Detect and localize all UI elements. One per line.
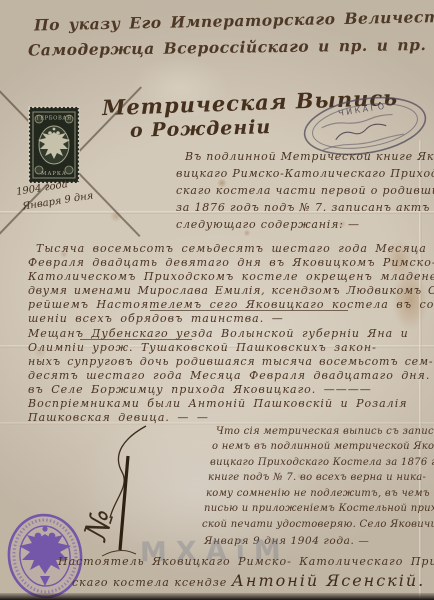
document-photo: По указу Его Императорскаго Величества С…: [0, 0, 434, 600]
photo-bottom-edge: [0, 593, 434, 600]
act-line: Февраля двадцать девятаго дня въ Яковицк…: [28, 256, 434, 269]
certification-line: кому сомненію не подлежитъ, въ чемъ под-: [206, 488, 434, 499]
ink-underline: [150, 310, 348, 311]
parents-line: въ Селе Боржимцу прихода Яковицкаго. ———…: [28, 383, 372, 396]
intro-line: за 1876 годъ подъ № 7. записанъ актъ: [176, 201, 430, 214]
intro-line: вицкаго Римско-Католическаго Приход-: [176, 167, 434, 180]
act-line: двумя именами Мирослава Емилія, ксендзом…: [28, 284, 434, 297]
act-line: Католическомъ Приходскомъ костеле окреще…: [28, 270, 434, 283]
signature-name: Антоній Ясенскій.: [232, 571, 425, 590]
act-line: шеніи всехъ обрядовъ таинства. —: [28, 312, 284, 325]
certification-line: вицкаго Приходскаго Костела за 1876 годъ: [210, 457, 434, 468]
signature-line-2: скаго костела ксендзе Антоній Ясенскій.: [72, 571, 425, 590]
intro-line: следующаго содержанія: —: [176, 218, 360, 231]
intro-line: Въ подлинной Метрической книге Яко-: [185, 150, 434, 163]
certification-line: писью и приложеніемъ Костельной приход-: [204, 503, 434, 514]
signature-line-1: Настоятель Яковицкаго Римско- Католическ…: [58, 555, 434, 568]
act-line: Тысяча восемьсотъ семьдесятъ шестаго год…: [36, 242, 427, 255]
stamp-handwriting-scribble: [334, 123, 387, 140]
intro-line: скаго костела части первой о родившихся: [176, 184, 434, 197]
signature-title: скаго костела ксендзе: [72, 576, 227, 589]
godparents-line: Воспріемниками были Антоній Пашковскій и…: [28, 397, 408, 410]
stamp-top-label: ГЕРБОВАЯ: [36, 116, 72, 122]
certification-line: Что сія метрическая выпись съ записанною: [216, 426, 434, 437]
parents-line: ныхъ супруговъ дочь родившаяся тысяча во…: [28, 355, 433, 368]
certification-line: о немъ въ подлинной метрической Яко-: [212, 441, 434, 452]
certification-line: книге подъ № 7. во всехъ верна и ника-: [208, 472, 426, 483]
parents-line: десятъ шестаго года Месяца Февраля двадц…: [28, 369, 430, 382]
parents-line: Олимпіи урож. Тушаковской Пашковскихъ за…: [28, 341, 377, 354]
title-line-2: о Рожденіи: [130, 116, 272, 142]
revenue-stamp: ГЕРБОВАЯ МАРКА: [28, 106, 80, 184]
certification-line: ской печати удостоверяю. Село Яковичи: [202, 519, 434, 530]
ink-underline: [80, 339, 192, 340]
stamp-bottom-label: МАРКА: [41, 171, 67, 177]
